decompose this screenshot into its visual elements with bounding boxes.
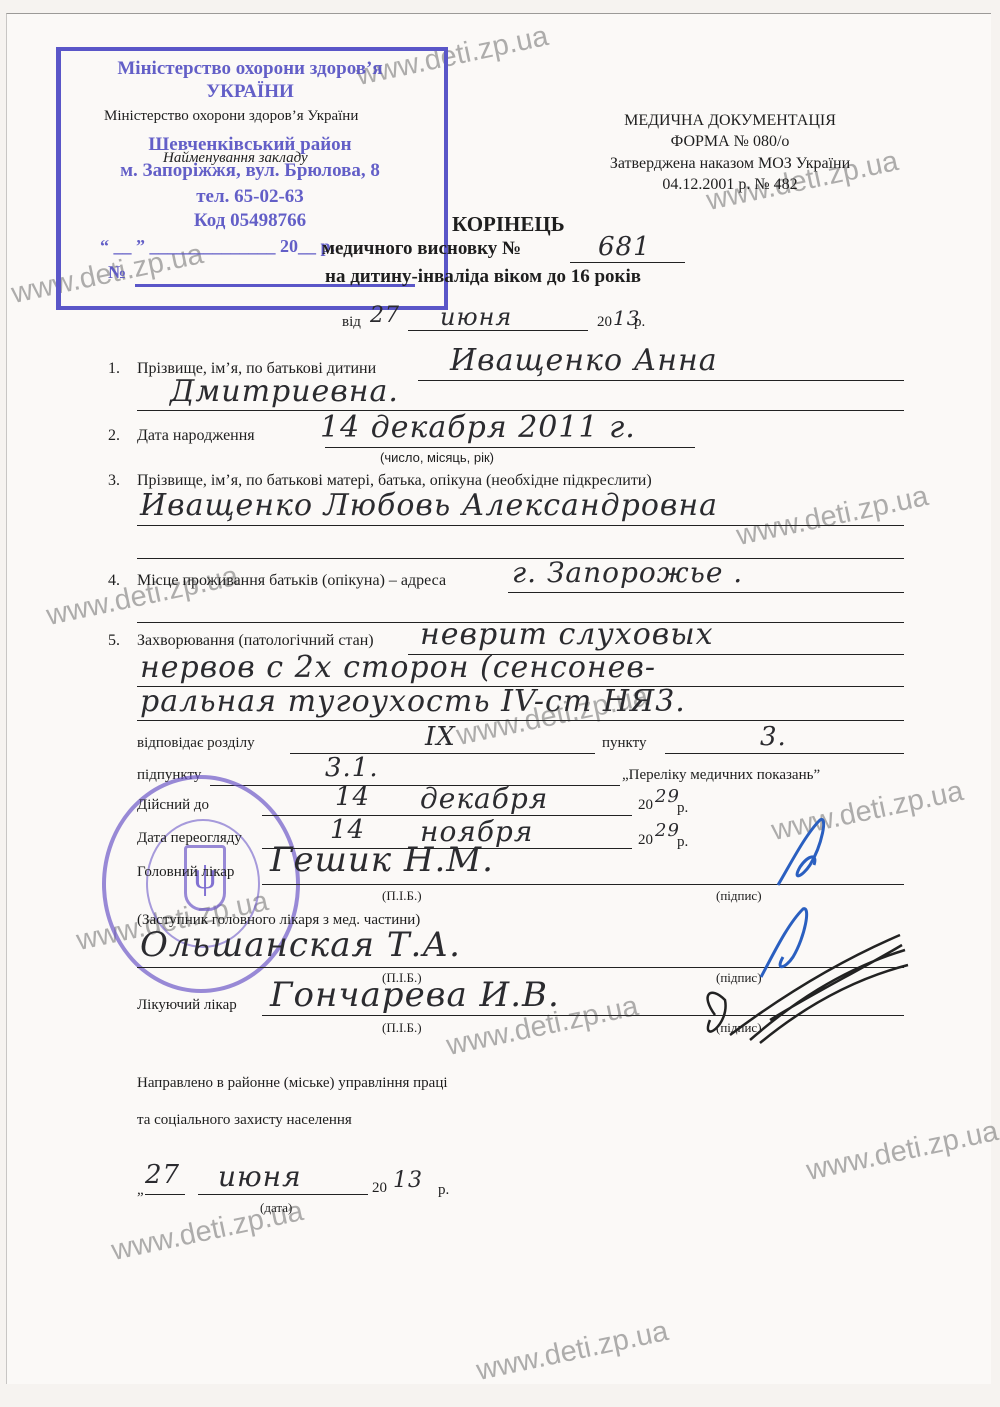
child-patronymic-value: Дмитриевна.: [170, 374, 399, 409]
year-prefix: 20: [597, 314, 612, 331]
section-value: IX: [425, 722, 456, 752]
form-header-line: МЕДИЧНА ДОКУМЕНТАЦІЯ: [580, 112, 880, 130]
chief-signature: [770, 815, 830, 890]
chief-doctor-name: Гешик Н.М.: [270, 840, 494, 880]
pib-caption: (П.І.Б.): [382, 888, 422, 904]
field-line: [145, 1194, 185, 1195]
issue-day: 27: [370, 303, 400, 328]
sent-day: 27: [145, 1160, 180, 1190]
stamp-line: УКРАЇНИ: [60, 81, 440, 103]
date-caption: (дата): [260, 1200, 292, 1216]
medical-list-label: „Переліку медичних показань”: [622, 767, 820, 784]
stamp-line: м. Запоріжжя, вул. Брюлова, 8: [60, 160, 440, 182]
child-name-value: Иващенко Анна: [450, 343, 718, 378]
year-suffix: р.: [677, 834, 688, 851]
birth-date-caption: (число, місяць, рік): [380, 450, 494, 465]
conclusion-number: 681: [598, 232, 651, 262]
document-title: КОРІНЕЦЬ: [452, 212, 565, 237]
stamp-number-field: №: [108, 262, 126, 283]
stamp-line: Код 05498766: [60, 210, 440, 232]
valid-month: декабря: [420, 782, 548, 815]
subpoint-value: 3.1.: [325, 753, 379, 783]
stamp-line: тел. 65-02-63: [60, 186, 440, 208]
sent-to-line2: та соціального захисту населення: [137, 1112, 352, 1129]
sent-to-line1: Направлено в районне (міське) управління…: [137, 1075, 448, 1092]
treating-doctor-name: Гончарева И.В.: [270, 975, 560, 1015]
field-line: [665, 753, 904, 754]
field-line: [198, 1194, 368, 1195]
treating-signature: [690, 925, 920, 1055]
valid-day: 14: [335, 782, 370, 812]
field-line: [508, 592, 904, 593]
field-number: 3.: [108, 472, 120, 490]
parent-name-value: Иващенко Любовь Александровна: [140, 488, 718, 523]
quote-mark: „: [137, 1182, 144, 1199]
field-line: [137, 525, 904, 526]
field-number: 2.: [108, 427, 120, 445]
field-line: [325, 447, 695, 448]
section-label: відповідає розділу: [137, 735, 255, 752]
year-suffix: р.: [677, 800, 688, 817]
year-suffix: р.: [438, 1182, 449, 1199]
year-suffix: р.: [634, 314, 645, 331]
signature-caption: (підпис): [716, 888, 762, 904]
ministry-label: Міністерство охорони здоров’я України: [104, 108, 358, 125]
year-prefix: 20: [372, 1180, 387, 1197]
disease-label: Захворювання (патологічний стан): [137, 632, 374, 650]
address-label: Місце проживання батьків (опікуна) – адр…: [137, 572, 446, 590]
disease-value-line2: нервов с 2х сторон (сенсонев-: [140, 650, 656, 685]
chief-doctor-label: Головний лікар: [137, 864, 234, 881]
form-header-line: Затверджена наказом МОЗ України: [580, 155, 880, 173]
field-number: 5.: [108, 632, 120, 650]
year-prefix: 20: [638, 797, 653, 814]
point-value: 3.: [760, 722, 787, 752]
review-date-label: Дата переогляду: [137, 830, 242, 847]
conclusion-number-label: медичного висновку №: [322, 238, 521, 260]
year-prefix: 20: [638, 832, 653, 849]
birth-date-label: Дата народження: [137, 427, 255, 445]
document-subtitle: на дитину-інваліда віком до 16 років: [325, 266, 641, 288]
stamp-line: Міністерство охорони здоров’я: [60, 58, 440, 80]
form-header-line: ФОРМА № 080/о: [580, 133, 880, 151]
field-number: 1.: [108, 360, 120, 378]
sent-year: 13: [393, 1168, 423, 1193]
field-number: 4.: [108, 572, 120, 590]
deputy-chief-name: Ольшанская Т.А.: [140, 925, 461, 965]
address-value: г. Запорожье .: [512, 556, 743, 589]
pib-caption: (П.І.Б.): [382, 1020, 422, 1036]
disease-value-line3: ральная тугоухость IV-ст НЯ3.: [140, 684, 686, 719]
treating-doctor-label: Лікуючий лікар: [137, 997, 237, 1014]
stamp-date-field: “ __ ” ______________ 20__ р.: [100, 236, 335, 257]
field-line: [418, 380, 904, 381]
birth-date-value: 14 декабря 2011 г.: [320, 410, 636, 445]
point-label: пункту: [602, 735, 647, 752]
valid-until-label: Дійсний до: [137, 797, 209, 814]
field-line: [210, 785, 620, 786]
sent-month: июня: [218, 1160, 302, 1193]
number-underline: [570, 262, 685, 263]
date-prefix: від: [342, 314, 361, 331]
disease-value-line1: неврит слуховых: [420, 617, 714, 652]
issue-month: июня: [440, 303, 512, 331]
field-line: [137, 720, 904, 721]
form-header-line: 04.12.2001 р. № 482: [580, 176, 880, 194]
